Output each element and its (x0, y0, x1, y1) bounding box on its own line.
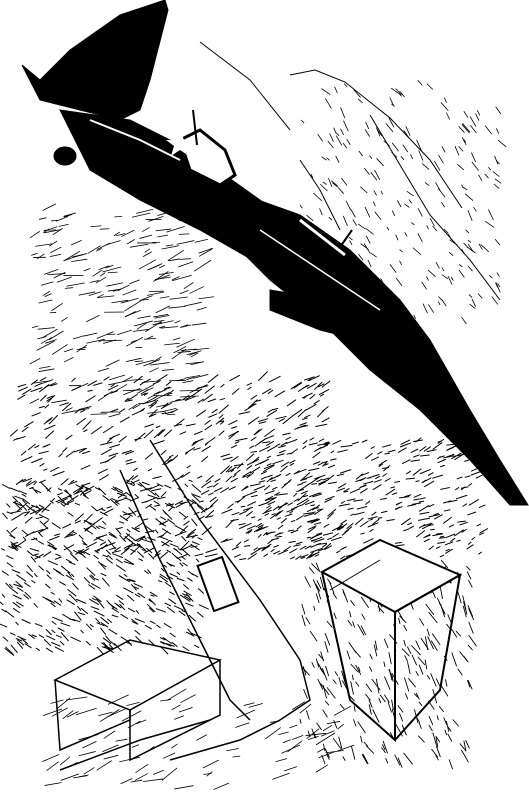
illustration-canvas: Pen-and-ink illustration of a fighter pl… (0, 0, 529, 794)
tram (198, 557, 239, 611)
lower-left-building (55, 640, 220, 760)
plane-over-town-illustration (0, 0, 529, 794)
